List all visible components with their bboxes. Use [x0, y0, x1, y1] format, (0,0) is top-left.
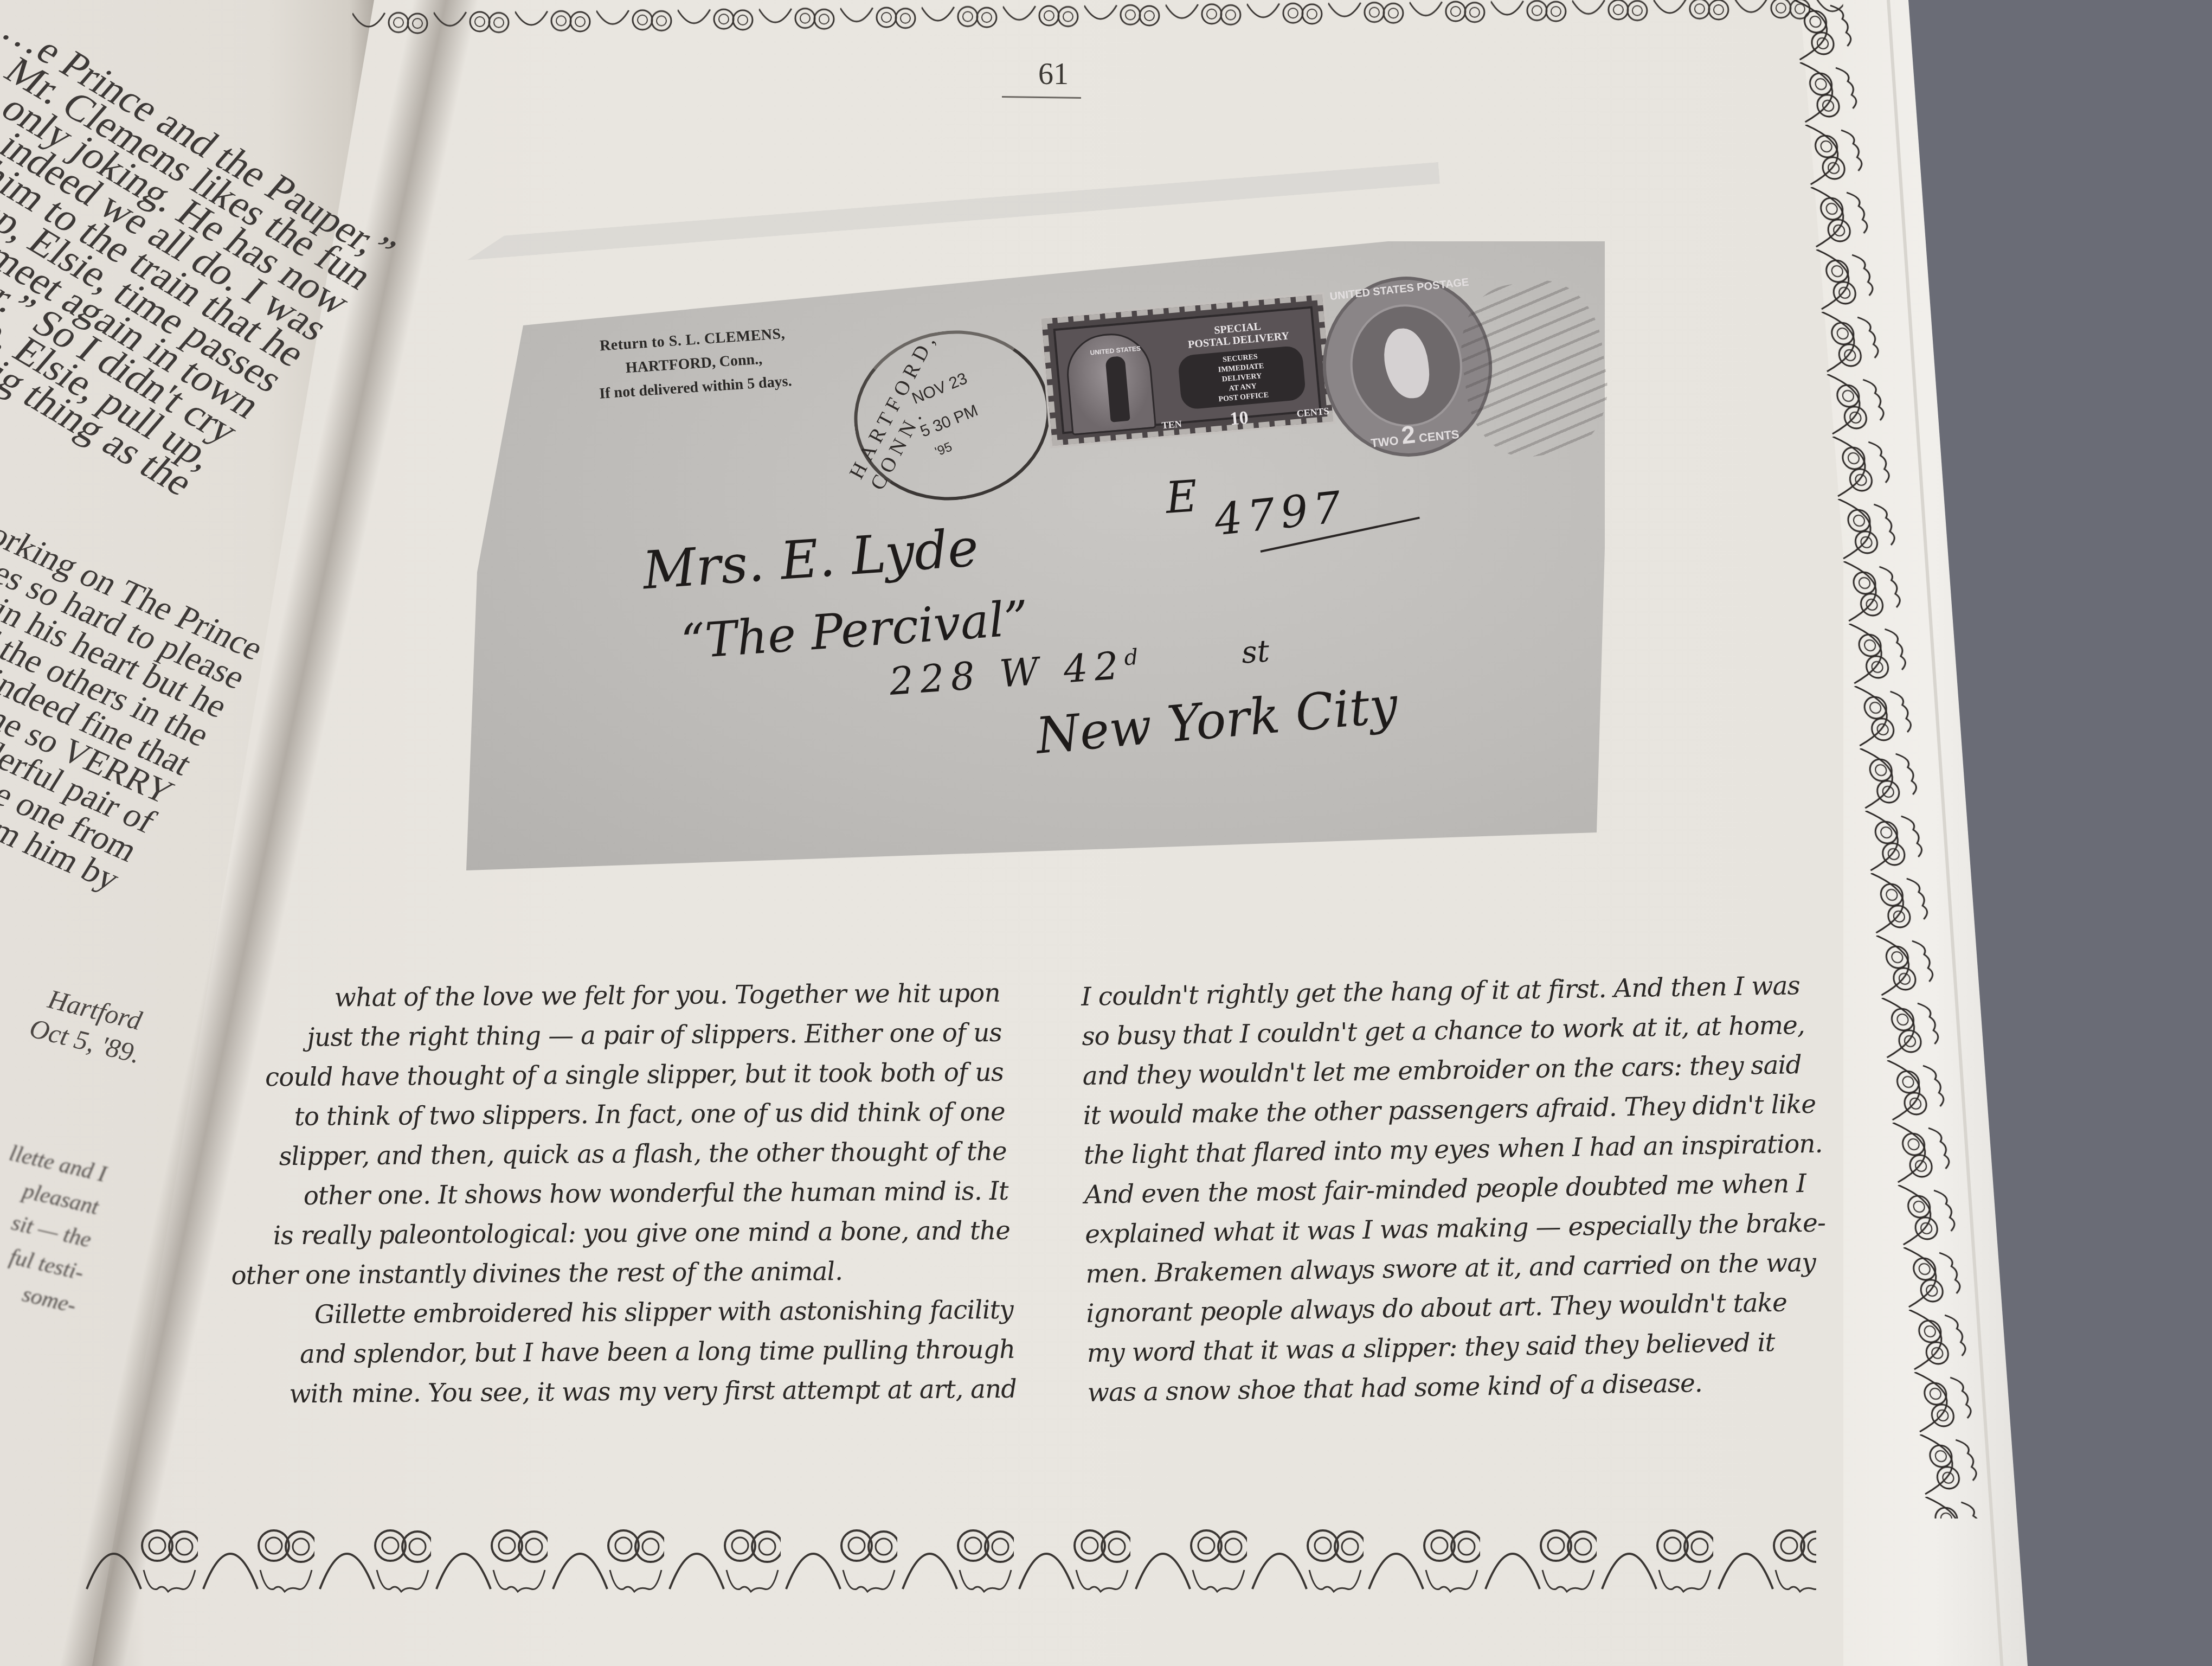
stamp-portrait-frame: [1345, 299, 1468, 432]
text-column-left: what of the love we felt for you. Togeth…: [197, 973, 1017, 1414]
text-line: is really paleontological: you give one …: [207, 1211, 1011, 1256]
text-line: to think of two slippers. In fact, one o…: [202, 1092, 1006, 1137]
text-line: just the right thing — a pair of slipper…: [198, 1013, 1002, 1058]
text-line: with mine. You see, it was my very first…: [214, 1369, 1018, 1414]
ornamental-border-bottom: [81, 1518, 1816, 1594]
embossed-value-number: 2: [1400, 420, 1417, 449]
text-line: could have thought of a single slipper, …: [200, 1053, 1004, 1098]
embossed-value-right: CENTS: [1418, 427, 1460, 445]
special-delivery-stamp: UNITED STATES SPECIAL POSTAL DELIVERY SE…: [1041, 294, 1334, 446]
stamp-value-right: CENTS: [1296, 405, 1330, 419]
page-number: 61: [1038, 57, 1069, 92]
text-line: and splendor, but I have been a long tim…: [212, 1330, 1016, 1375]
text-line: slipper, and then, quick as a flash, the…: [204, 1132, 1008, 1177]
street-suffix: d: [1123, 645, 1139, 671]
handwritten-street-abbrev: st: [1240, 633, 1271, 670]
embossed-value-left: TWO: [1370, 434, 1399, 450]
portrait-head-icon: [1381, 326, 1432, 401]
messenger-vignette-icon: UNITED STATES: [1064, 330, 1156, 435]
running-boy-icon: [1105, 356, 1130, 422]
rose-vine-ornament-icon: [81, 1518, 1816, 1594]
stamp-arch-text: UNITED STATES: [1077, 343, 1154, 357]
text-line: Gillette embroidered his slipper with as…: [210, 1290, 1014, 1335]
stamp-plaque: SECURES IMMEDIATE DELIVERY AT ANY POST O…: [1178, 345, 1307, 410]
text-column-right: I couldn't rightly get the hang of it at…: [1081, 964, 1912, 1413]
text-line: other one instantly divines the rest of …: [209, 1251, 1013, 1296]
stamp-value-left: TEN: [1161, 418, 1182, 431]
text-line: other one. It shows how wonderful the hu…: [205, 1171, 1009, 1216]
handwritten-mark-letter: E: [1164, 471, 1199, 523]
text-line: what of the love we felt for you. Togeth…: [197, 973, 1001, 1018]
stamp-value-number: 10: [1229, 408, 1249, 430]
stamp-header: SPECIAL POSTAL DELIVERY: [1153, 315, 1323, 354]
